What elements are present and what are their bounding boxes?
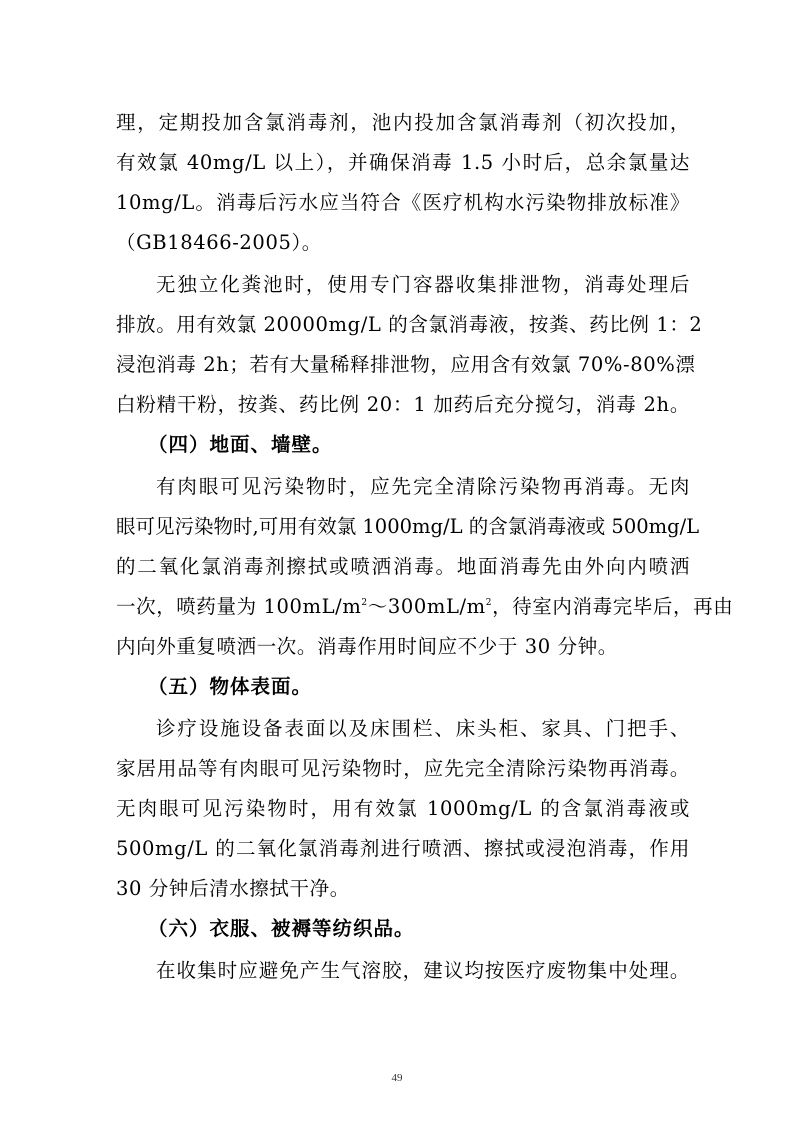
document-page: 理，定期投加含氯消毒剂，池内投加含氯消毒剂（初次投加， 有效氯 40mg/L 以… (0, 0, 794, 1123)
body-text-line: 排放。用有效氯 20000mg/L 的含氯消毒液，按粪、药比例 1：2 (116, 305, 690, 345)
section-heading-object-surfaces: （五）物体表面。 (148, 667, 312, 707)
body-text-line: 无肉眼可见污染物时，用有效氯 1000mg/L 的含氯消毒液或 (116, 789, 690, 829)
body-text-line: 500mg/L 的二氧化氯消毒剂进行喷洒、擦拭或浸泡消毒，作用 (116, 829, 690, 869)
body-text-line: 10mg/L。消毒后污水应当符合《医疗机构水污染物排放标准》 (116, 183, 690, 223)
paragraph-first-line: 诊疗设施设备表面以及床围栏、床头柜、家具、门把手、 (156, 709, 690, 749)
paragraph-first-line: 有肉眼可见污染物时，应先完全清除污染物再消毒。无肉 (156, 467, 690, 507)
text-segment: ，待室内消毒完毕后，再由 (492, 595, 733, 618)
section-heading-floor-walls: （四）地面、墙壁。 (148, 425, 333, 465)
text-segment: 一次，喷药量为 100mL/m (116, 595, 361, 618)
body-text-line: 理，定期投加含氯消毒剂，池内投加含氯消毒剂（初次投加， (116, 103, 690, 143)
text-segment: ～300mL/m (368, 595, 486, 618)
page-number: 49 (0, 1072, 794, 1084)
body-text-line: 白粉精干粉，按粪、药比例 20：1 加药后充分搅匀，消毒 2h。 (116, 385, 690, 425)
body-text-line: 眼可见污染物时,可用有效氯 1000mg/L 的含氯消毒液或 500mg/L (116, 507, 690, 547)
body-text-line: 内向外重复喷洒一次。消毒作用时间应不少于 30 分钟。 (116, 627, 690, 667)
body-text-line: 家居用品等有肉眼可见污染物时，应先完全清除污染物再消毒。 (116, 749, 690, 789)
section-heading-textiles: （六）衣服、被褥等纺织品。 (148, 909, 415, 949)
body-text-line: 30 分钟后清水擦拭干净。 (116, 869, 690, 909)
paragraph-first-line: 无独立化粪池时，使用专门容器收集排泄物，消毒处理后 (156, 265, 690, 305)
body-text-line: 有效氯 40mg/L 以上），并确保消毒 1.5 小时后，总余氯量达 (116, 143, 690, 183)
body-text-line: 浸泡消毒 2h；若有大量稀释排泄物，应用含有效氯 70%-80%漂 (116, 345, 690, 385)
body-text-line: （GB18466-2005）。 (116, 223, 690, 263)
body-text-line-with-superscript: 一次，喷药量为 100mL/m2～300mL/m2，待室内消毒完毕后，再由 (116, 587, 690, 627)
body-text-line: 的二氧化氯消毒剂擦拭或喷洒消毒。地面消毒先由外向内喷洒 (116, 547, 690, 587)
paragraph-first-line: 在收集时应避免产生气溶胶，建议均按医疗废物集中处理。 (156, 951, 690, 991)
